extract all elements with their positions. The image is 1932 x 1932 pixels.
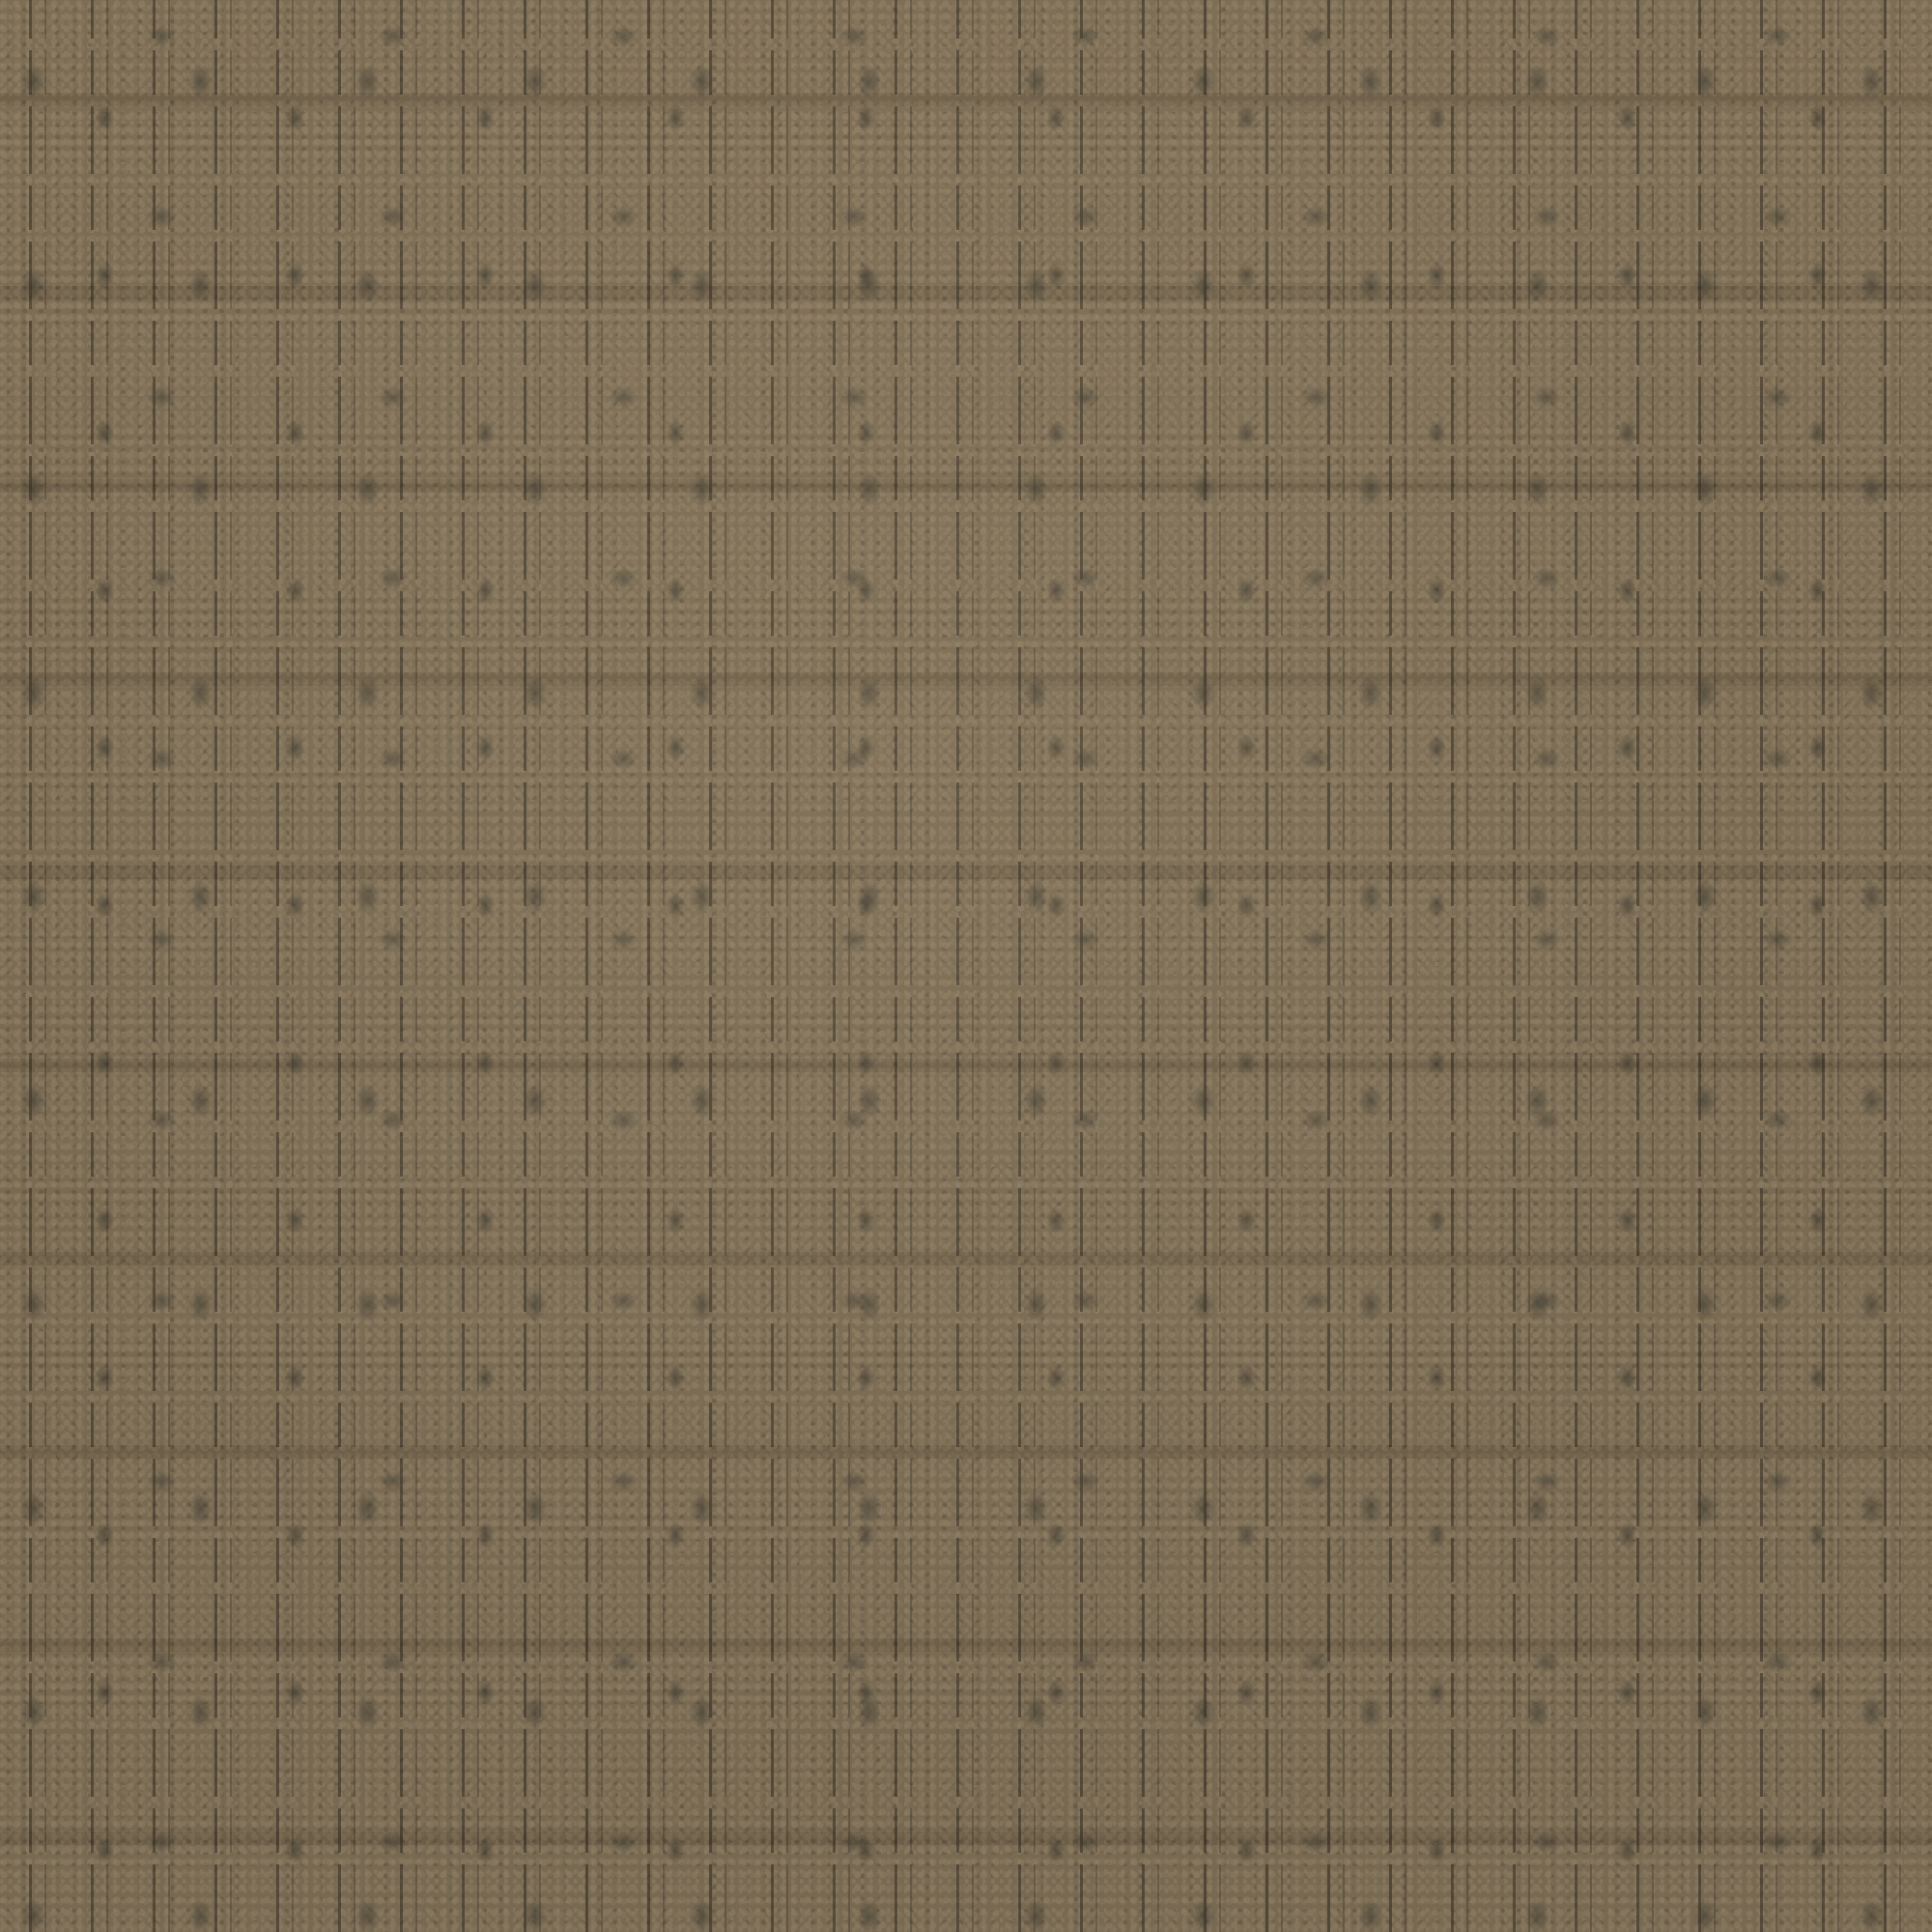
carpet-texture-photo xyxy=(0,0,1932,1932)
carpet-lighting xyxy=(0,0,1932,1932)
